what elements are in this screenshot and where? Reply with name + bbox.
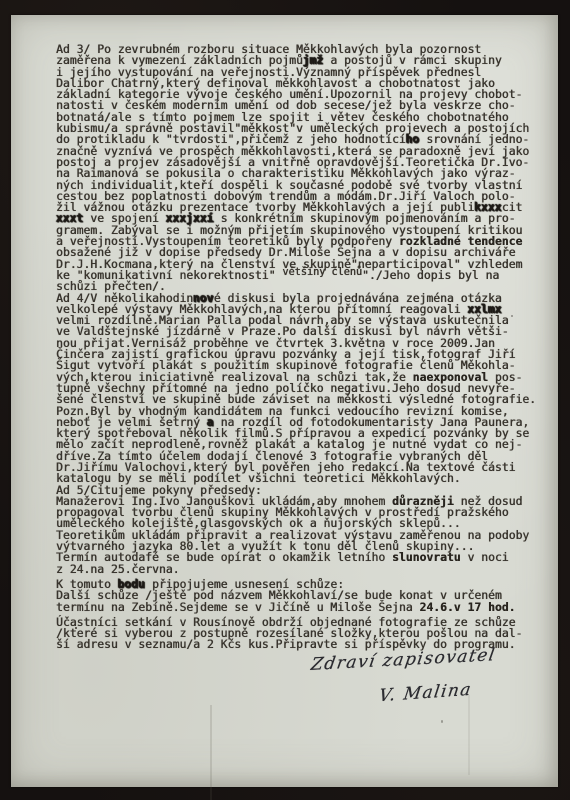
signature-name: V. Malina (378, 680, 474, 707)
text-line: termínu na Zebíně.Sejdeme se v Jičíně u … (56, 602, 546, 613)
paper-speck (131, 75, 133, 77)
paper-speck (75, 627, 77, 629)
photograph-background: { "colors": { "background": "#151110", "… (0, 0, 570, 800)
typewritten-text: Ad 3/ Po zevrubném rozboru situace Měkko… (56, 44, 546, 651)
paper-crease (468, 695, 470, 775)
paper-crease (210, 705, 212, 800)
text-line: ší adresu v seznamu/a 2 Kčs kus.Připravt… (56, 639, 546, 650)
paper-speck (441, 720, 443, 723)
document-page: Ad 3/ Po zevrubném rozboru situace Měkko… (11, 15, 558, 787)
paper-speck (511, 315, 513, 317)
text-line: z 24.na 25.června. (56, 564, 546, 575)
